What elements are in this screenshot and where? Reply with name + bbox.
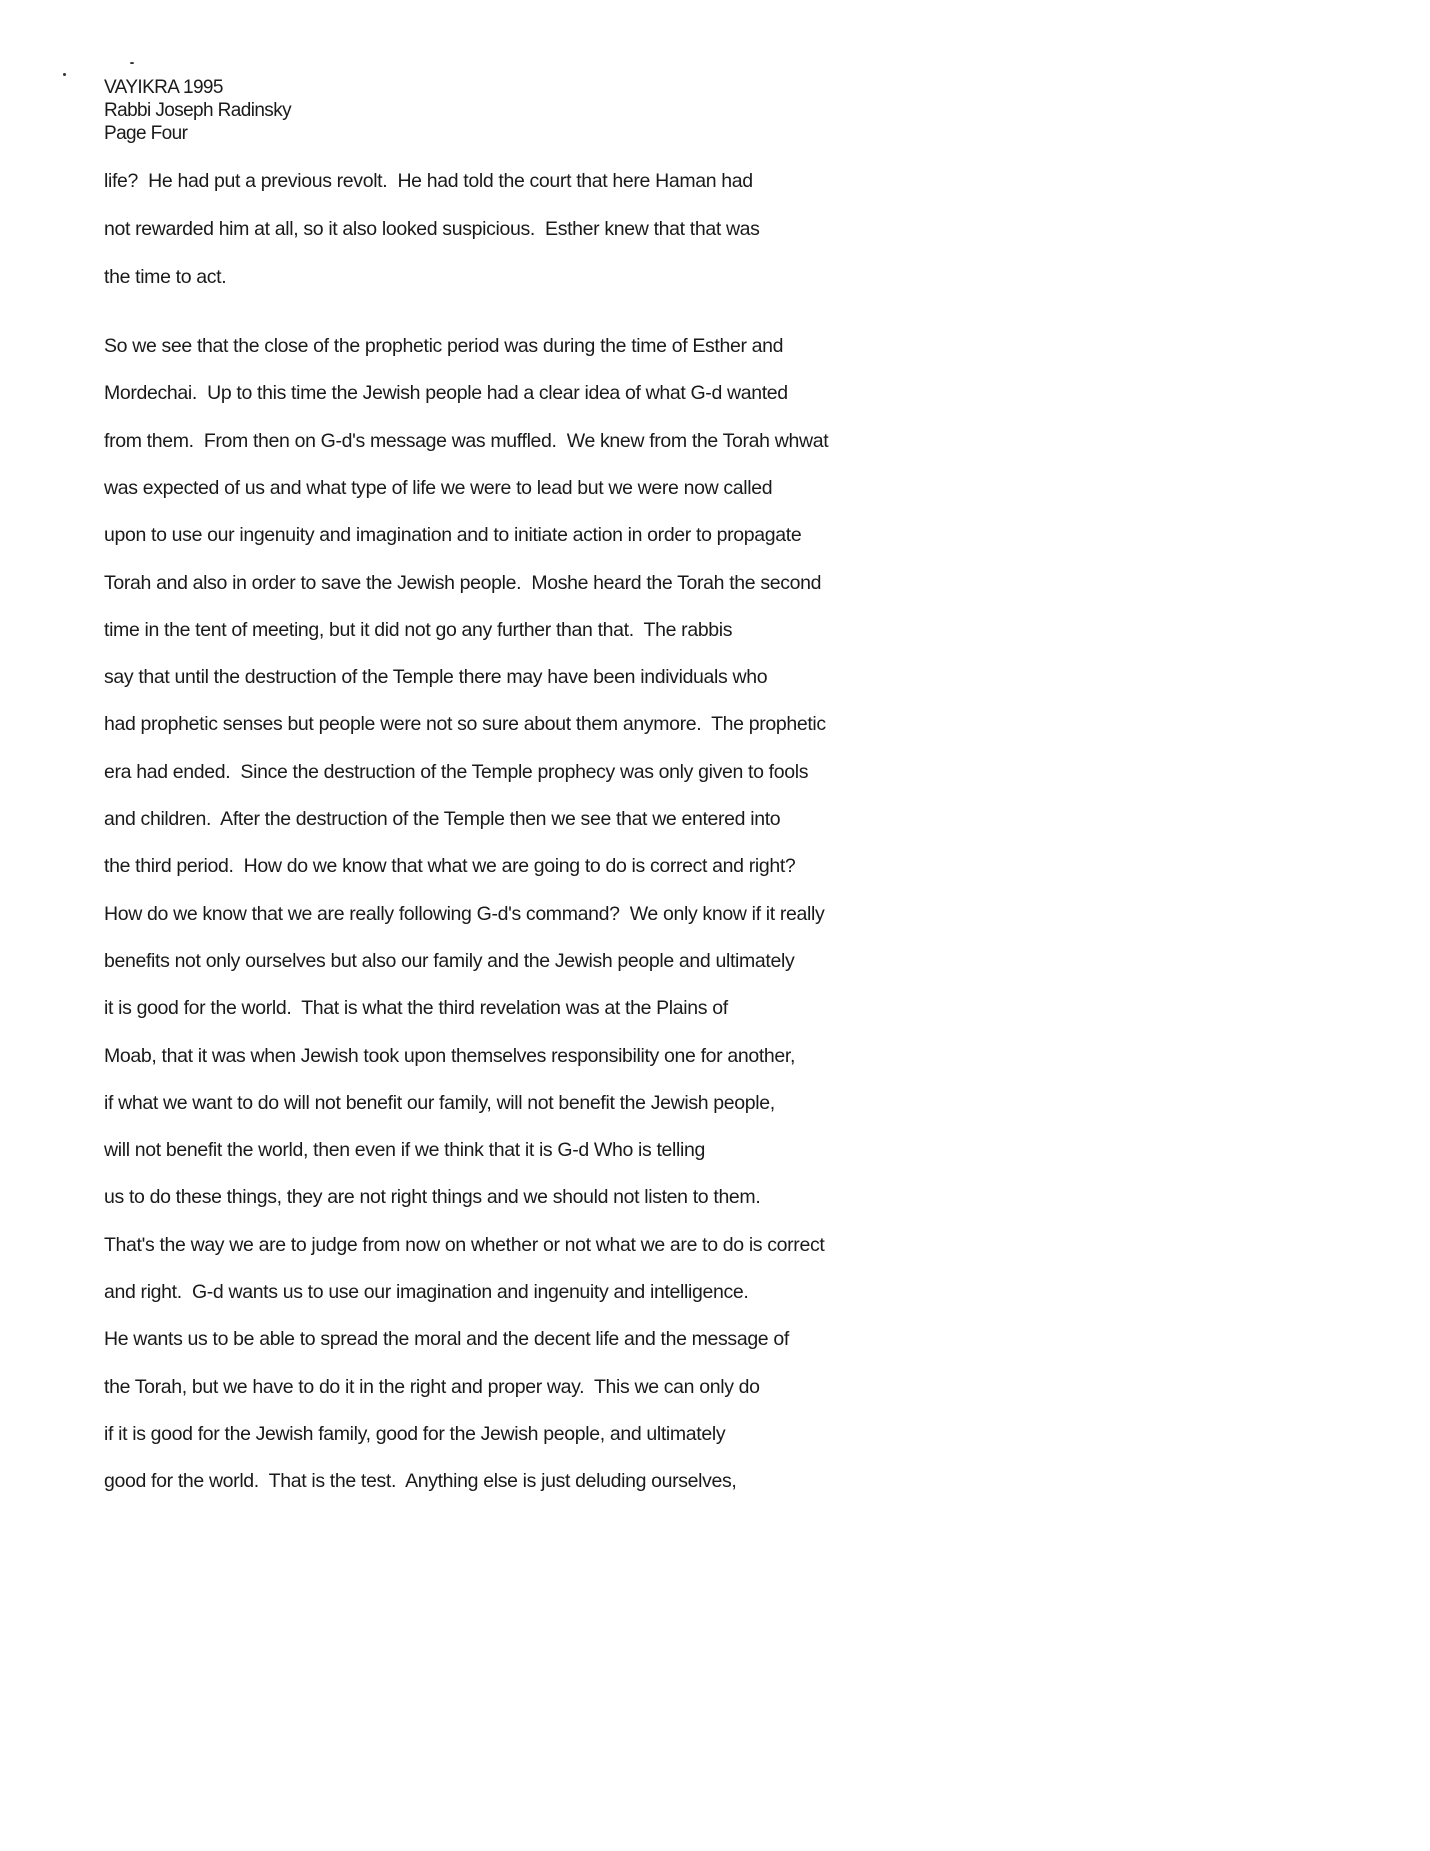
text-line: That's the way we are to judge from now … (104, 1233, 824, 1257)
document-author: Rabbi Joseph Radinsky (104, 99, 291, 122)
text-line: How do we know that we are really follow… (104, 902, 824, 926)
document-page: VAYIKRA 1995 Rabbi Joseph Radinsky Page … (0, 0, 1430, 1851)
text-line: from them. From then on G-d's message wa… (104, 429, 828, 453)
text-line: say that until the destruction of the Te… (104, 665, 767, 689)
text-line: life? He had put a previous revolt. He h… (104, 169, 753, 193)
text-line: it is good for the world. That is what t… (104, 996, 728, 1020)
text-line: had prophetic senses but people were not… (104, 712, 826, 736)
text-line: the time to act. (104, 265, 226, 289)
text-line: era had ended. Since the destruction of … (104, 760, 808, 784)
document-title: VAYIKRA 1995 (104, 76, 291, 99)
text-line: if it is good for the Jewish family, goo… (104, 1422, 725, 1446)
text-line: the Torah, but we have to do it in the r… (104, 1375, 760, 1399)
text-line: So we see that the close of the propheti… (104, 334, 783, 358)
text-line: Moab, that it was when Jewish took upon … (104, 1044, 795, 1068)
text-line: was expected of us and what type of life… (104, 476, 772, 500)
text-line: good for the world. That is the test. An… (104, 1469, 737, 1493)
text-line: us to do these things, they are not righ… (104, 1185, 760, 1209)
text-line: and children. After the destruction of t… (104, 807, 780, 831)
text-line: the third period. How do we know that wh… (104, 854, 795, 878)
text-line: not rewarded him at all, so it also look… (104, 217, 760, 241)
scan-speck (130, 62, 134, 64)
document-header: VAYIKRA 1995 Rabbi Joseph Radinsky Page … (104, 76, 291, 145)
scan-speck (63, 73, 66, 76)
text-line: benefits not only ourselves but also our… (104, 949, 794, 973)
text-line: time in the tent of meeting, but it did … (104, 618, 732, 642)
text-line: Mordechai. Up to this time the Jewish pe… (104, 381, 788, 405)
text-line: and right. G-d wants us to use our imagi… (104, 1280, 748, 1304)
text-line: He wants us to be able to spread the mor… (104, 1327, 789, 1351)
page-label: Page Four (104, 122, 291, 145)
text-line: Torah and also in order to save the Jewi… (104, 571, 821, 595)
text-line: will not benefit the world, then even if… (104, 1138, 705, 1162)
text-line: if what we want to do will not benefit o… (104, 1091, 775, 1115)
text-line: upon to use our ingenuity and imaginatio… (104, 523, 801, 547)
